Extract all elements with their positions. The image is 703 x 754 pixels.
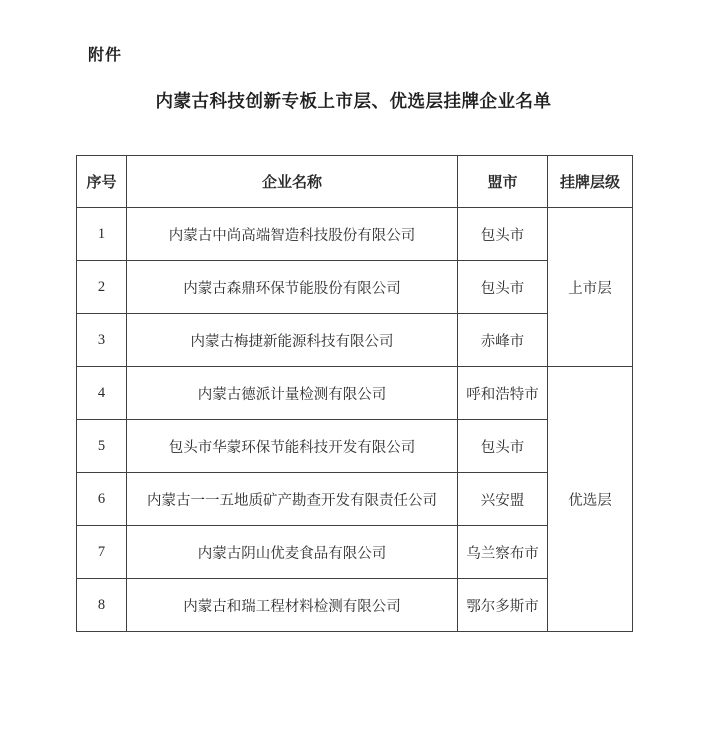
company-table: 序号 企业名称 盟市 挂牌层级 1 内蒙古中尚高端智造科技股份有限公司 包头市 … [76, 155, 633, 632]
table-row: 1 内蒙古中尚高端智造科技股份有限公司 包头市 上市层 [77, 208, 633, 261]
city-name: 赤峰市 [458, 314, 548, 367]
row-number: 3 [77, 314, 127, 367]
city-name: 包头市 [458, 261, 548, 314]
city-name: 鄂尔多斯市 [458, 579, 548, 632]
company-name: 包头市华蒙环保节能科技开发有限公司 [127, 420, 458, 473]
row-number: 2 [77, 261, 127, 314]
row-number: 1 [77, 208, 127, 261]
column-header-city: 盟市 [458, 156, 548, 208]
city-name: 呼和浩特市 [458, 367, 548, 420]
attachment-label: 附件 [88, 42, 122, 65]
column-header-name: 企业名称 [127, 156, 458, 208]
document-page: 附件 内蒙古科技创新专板上市层、优选层挂牌企业名单 序号 企业名称 盟市 挂牌层… [0, 0, 703, 754]
document-title: 内蒙古科技创新专板上市层、优选层挂牌企业名单 [76, 88, 631, 113]
row-number: 4 [77, 367, 127, 420]
column-header-no: 序号 [77, 156, 127, 208]
city-name: 包头市 [458, 208, 548, 261]
city-name: 乌兰察布市 [458, 526, 548, 579]
row-number: 7 [77, 526, 127, 579]
company-name: 内蒙古阴山优麦食品有限公司 [127, 526, 458, 579]
row-number: 8 [77, 579, 127, 632]
company-name: 内蒙古一一五地质矿产勘查开发有限责任公司 [127, 473, 458, 526]
column-header-tier: 挂牌层级 [548, 156, 633, 208]
tier-cell-listed: 上市层 [548, 208, 633, 367]
row-number: 6 [77, 473, 127, 526]
city-name: 包头市 [458, 420, 548, 473]
company-name: 内蒙古和瑞工程材料检测有限公司 [127, 579, 458, 632]
table-header-row: 序号 企业名称 盟市 挂牌层级 [77, 156, 633, 208]
table-row: 4 内蒙古德派计量检测有限公司 呼和浩特市 优选层 [77, 367, 633, 420]
company-name: 内蒙古森鼎环保节能股份有限公司 [127, 261, 458, 314]
company-name: 内蒙古德派计量检测有限公司 [127, 367, 458, 420]
tier-cell-preferred: 优选层 [548, 367, 633, 632]
company-name: 内蒙古中尚高端智造科技股份有限公司 [127, 208, 458, 261]
company-name: 内蒙古梅捷新能源科技有限公司 [127, 314, 458, 367]
city-name: 兴安盟 [458, 473, 548, 526]
row-number: 5 [77, 420, 127, 473]
